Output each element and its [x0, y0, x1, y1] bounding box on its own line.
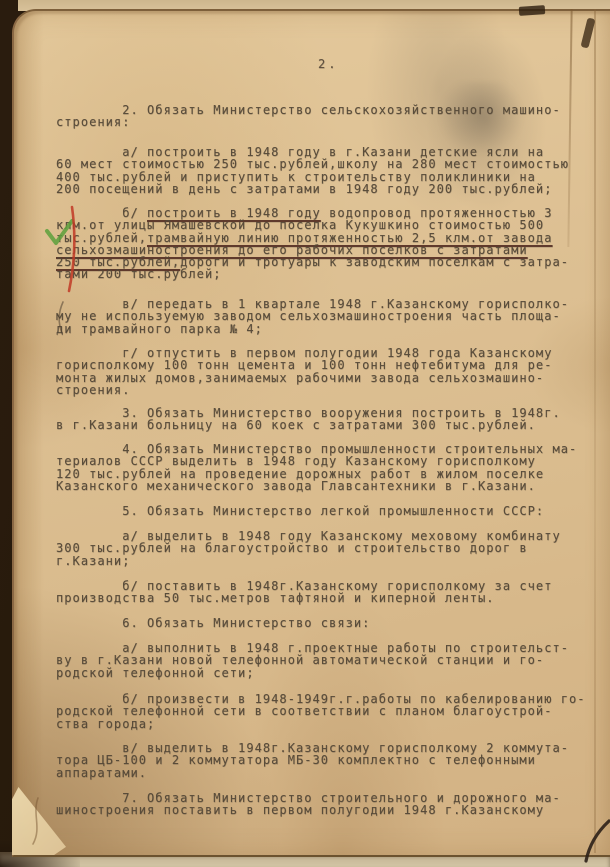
- text-line: 5. Обязать Министерство легкой промышлен…: [56, 505, 592, 517]
- paragraph-item-5: 5. Обязать Министерство легкой промышлен…: [56, 505, 592, 517]
- text-line: монта жилых домов,занимаемых рабочими за…: [56, 372, 592, 384]
- paragraph-item-6b: б/ произвести в 1948-1949г.г.работы по к…: [56, 693, 592, 730]
- text-layer: 2. Обязать Министерство сельскохозяйстве…: [0, 0, 610, 867]
- paragraph-item-2g: г/ отпустить в первом полугодии 1948 год…: [56, 347, 592, 396]
- paragraph-item-4: 4. Обязать Министерство промышленности с…: [56, 443, 592, 492]
- paragraph-item-5a: а/ выделить в 1948 году Казанскому мехов…: [56, 530, 592, 567]
- text-line: Казанского механического завода Главсант…: [56, 480, 592, 492]
- paragraph-item-7: 7. Обязать Министерство строительного и …: [56, 792, 592, 817]
- text-line: производства 50 тыс.метров тафтяной и ки…: [56, 592, 592, 604]
- paragraph-item-6a: а/ выполнить в 1948 г.проектные работы п…: [56, 642, 592, 679]
- text-line: ства города;: [56, 718, 592, 730]
- text-line: г.Казани;: [56, 555, 592, 567]
- text-line: 6. Обязать Министерство связи:: [56, 617, 592, 629]
- text-line: в г.Казани больницу на 60 коек с затрата…: [56, 419, 592, 431]
- paragraph-item-2a: а/ построить в 1948 году в г.Казани детс…: [56, 146, 592, 195]
- text-line: строения:: [56, 116, 592, 128]
- text-line: родской телефонной сети;: [56, 667, 592, 679]
- text-line: тами 200 тыс.рублей;: [56, 268, 592, 280]
- paragraph-item-2: 2. Обязать Министерство сельскохозяйстве…: [56, 104, 592, 129]
- text-line: 200 посещений в день с затратами в 1948 …: [56, 183, 592, 195]
- paragraph-item-2b: б/ построить в 1948 году водопровод прот…: [56, 207, 592, 281]
- paragraph-item-3: 3. Обязать Министерство вооружения постр…: [56, 407, 592, 432]
- text-line: аппаратами.: [56, 767, 592, 779]
- text-line: ди трамвайного парка № 4;: [56, 323, 592, 335]
- paragraph-item-2v: в/ передать в 1 квартале 1948 г.Казанско…: [56, 298, 592, 335]
- paragraph-item-6v: в/ выделить в 1948г.Казанскому горисполк…: [56, 742, 592, 779]
- scanned-document: 2. 2. Обязать Министерство сельскохозяйс…: [0, 0, 610, 867]
- paragraph-item-6: 6. Обязать Министерство связи:: [56, 617, 592, 629]
- text-line: 2. Обязать Министерство сельскохозяйстве…: [56, 104, 592, 116]
- paragraph-item-5b: б/ поставить в 1948г.Казанскому гориспол…: [56, 580, 592, 605]
- text-line: строения.: [56, 384, 592, 396]
- text-line: 300 тыс.рублей на благоустройство и стро…: [56, 542, 592, 554]
- text-line: шиностроения поставить в первом полугоди…: [56, 804, 592, 816]
